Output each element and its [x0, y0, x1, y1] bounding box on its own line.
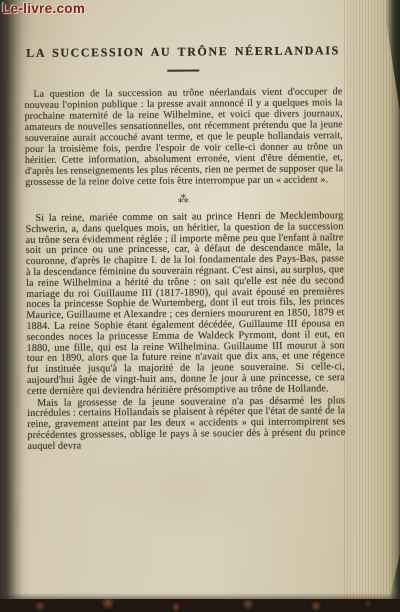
printed-page-content: LA SUCCESSION AU TRÔNE NÉERLANDAIS La qu… [24, 43, 346, 452]
asterism-separator: ⁂ [25, 192, 343, 208]
book-page-photo: Le-livre.com LA SUCCESSION AU TRÔNE NÉER… [0, 0, 400, 612]
page-fore-edge [344, 0, 400, 612]
marbled-cover-band [0, 599, 400, 612]
closing-paragraph: Mais la grossesse de la jeune souveraine… [27, 396, 345, 453]
body-paragraph: Si la reine, mariée comme on sait au pri… [25, 211, 345, 397]
intro-paragraph: La question de la succession au trône né… [24, 86, 343, 188]
watermark: Le-livre.com [2, 1, 85, 16]
title-rule [167, 69, 199, 71]
page-title: LA SUCCESSION AU TRÔNE NÉERLANDAIS [24, 43, 342, 60]
